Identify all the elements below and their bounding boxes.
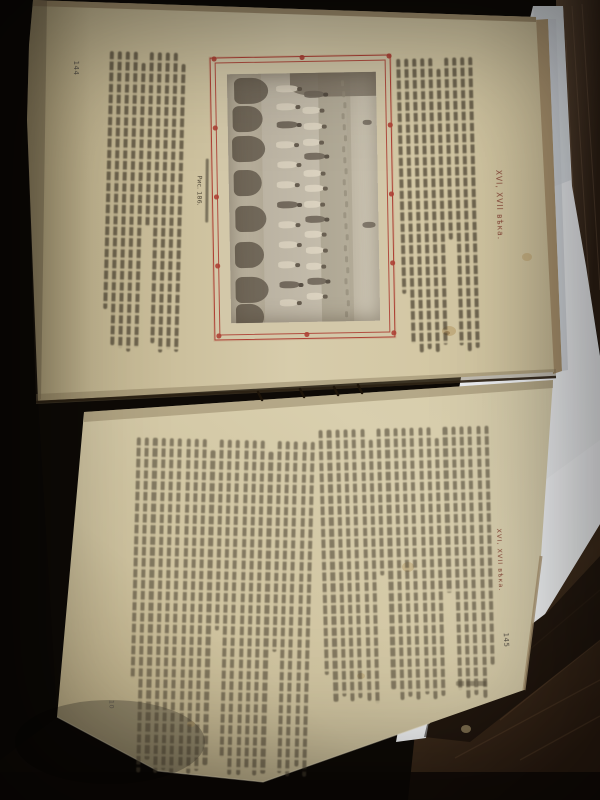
engraving-distant-figure (343, 124, 346, 130)
frame-ornament-dot (388, 122, 393, 127)
engraving-figure (306, 263, 322, 270)
text-line (444, 58, 453, 240)
engraving-foreground-figure (232, 136, 265, 163)
text-line (443, 427, 452, 593)
engraving-distant-figure (347, 300, 350, 306)
frame-ornament-dot (216, 263, 221, 268)
engraving-figure (278, 261, 296, 268)
engraving-distant-figure (344, 212, 347, 218)
engraving-floor (227, 74, 265, 324)
running-header-right-page: XVI, XVII вѣка. (493, 525, 507, 595)
frame-ornament-dot (300, 55, 305, 60)
running-header-left-page: XVI, XVII вѣка. (492, 161, 506, 249)
text-line (215, 439, 224, 630)
age-spot (461, 725, 471, 733)
engraving-figure (302, 107, 320, 114)
engraving-distant-figure (344, 102, 347, 108)
engraving-ball-scene (227, 72, 380, 324)
engraving-distant-figure (346, 234, 349, 240)
engraving-distant-figure (345, 278, 348, 284)
engraving-distant-figure (345, 201, 348, 207)
engraving-distant-figure (345, 223, 348, 229)
engraving-distant-figure (345, 168, 348, 174)
figure-frame (210, 54, 396, 340)
engraving-figure (305, 216, 325, 223)
figure-caption: Рис. 186. (183, 140, 211, 240)
text-block-right-page-lower (124, 437, 315, 777)
caption-figure-number: Рис. 186. (195, 140, 203, 240)
engraving-distant-figure (341, 80, 344, 86)
chandelier (362, 222, 375, 228)
frame-ornament-dot (214, 194, 219, 199)
engraving-foreground-figure (236, 304, 264, 324)
engraving-distant-figure (345, 256, 348, 262)
frame-ornament-dot (392, 330, 397, 335)
engraving-figure (306, 247, 324, 254)
engraving-figure (304, 170, 322, 177)
engraving-distant-figure (345, 311, 348, 317)
engraving-figure (277, 161, 297, 168)
signature-mark: 10 (106, 696, 117, 712)
engraving-figure (303, 139, 320, 146)
engraving-figure (276, 103, 296, 110)
text-block-right-page-upper (308, 426, 495, 703)
frame-ornament-dot (213, 125, 218, 130)
engraving-curtain (290, 72, 376, 97)
engraving-figure (304, 201, 321, 208)
engraving-distant-figure (343, 179, 346, 185)
engraving-figure (305, 185, 324, 192)
text-block-left-page-lower (100, 51, 186, 353)
frame-ornament-dot (389, 191, 394, 196)
engraving-foreground-figure (232, 106, 262, 133)
engraving-distant-figure (343, 146, 346, 152)
engraving-foreground-figure (235, 277, 268, 304)
engraving-foreground-figure (235, 242, 264, 269)
engraving-figure (277, 181, 296, 188)
engraving-figure (304, 91, 324, 98)
engraving-foreground-figure (235, 206, 266, 233)
frame-ornament-dot (387, 53, 392, 58)
frame-ornament-dot (217, 333, 222, 338)
engraving-distant-crowd (318, 72, 354, 322)
engraving-foreground-figure (234, 170, 262, 196)
engraving-figure (277, 201, 298, 208)
engraving-figure (278, 221, 296, 228)
engraving-figure (307, 293, 324, 300)
engraving-distant-figure (344, 135, 347, 141)
photo-of-open-book: 144 XVI, XVII вѣка. Рис. 186. XVI, XVII … (0, 0, 600, 800)
engraving-figure (307, 278, 326, 285)
engraving-distant-figure (343, 91, 346, 97)
engraving-figure (280, 299, 298, 306)
text-line-fragment (456, 681, 488, 686)
engraving-figure (304, 123, 323, 130)
page-number-144: 144 (70, 57, 82, 79)
engraving-figure (279, 241, 298, 248)
engraving-figure (279, 281, 299, 288)
engraving-distant-figure (344, 157, 347, 163)
engraving-wall (346, 72, 380, 321)
text-line (377, 429, 385, 576)
engraving-distant-figure (347, 267, 350, 273)
engraving-figure (276, 85, 298, 92)
engraving-distant-figure (346, 289, 349, 295)
text-line (145, 52, 154, 226)
chandelier (363, 120, 372, 125)
engraving-figure (277, 121, 298, 128)
engraving-distant-figure (342, 113, 345, 119)
engraving-figure (305, 231, 323, 238)
page-number-145: 145 (500, 628, 513, 652)
text-block-left-page-upper (392, 57, 480, 353)
engraving-figure (276, 141, 295, 148)
frame-ornament-dot (305, 332, 310, 337)
frame-ornament-dot (391, 260, 396, 265)
engraving-distant-figure (344, 190, 347, 196)
frame-ornament-dot (212, 56, 217, 61)
caption-title-blur (205, 159, 209, 223)
engraving-distant-figure (344, 245, 347, 251)
engraving-figure (304, 153, 325, 160)
engraving-foreground-figure (234, 78, 268, 105)
age-spot (522, 253, 532, 261)
